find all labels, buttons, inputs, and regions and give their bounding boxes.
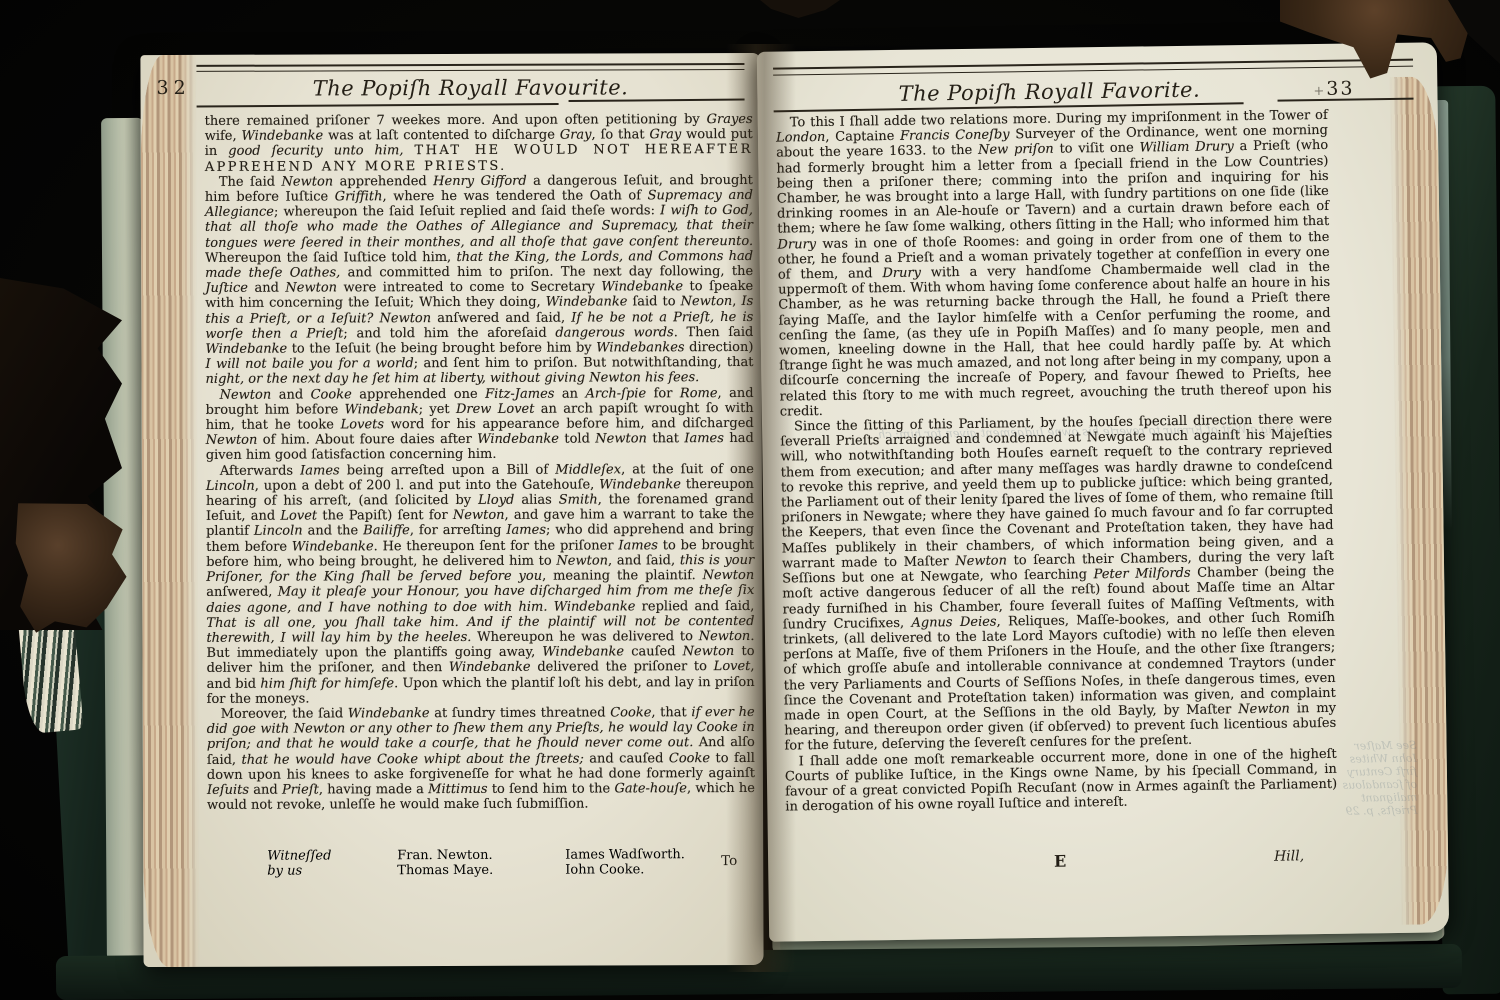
left-page-text: there remained priſoner 7 weekes more. A…	[205, 112, 755, 813]
running-head: The Popiſh Royall Favourite.	[196, 75, 744, 101]
fore-edge-left	[140, 55, 199, 967]
paragraph: To this I ſhall adde two relations more.…	[776, 108, 1332, 420]
paragraph: The ſaid Newton apprehended Henry Giffor…	[205, 173, 754, 388]
head-rule	[196, 63, 744, 67]
metal-clasp-top-center	[760, 0, 840, 18]
catchword: Hill,	[1274, 848, 1304, 864]
witness-signatures-2: Iames Wadſworth. Iohn Cooke.	[565, 847, 685, 877]
book-photograph: 32 The Popiſh Royall Favourite. there re…	[0, 0, 1500, 1000]
paragraph: I ſhall adde one moſt remarkeable occurr…	[785, 746, 1338, 815]
right-page-text: To this I ſhall adde two relations more.…	[776, 108, 1338, 815]
page-number: +33	[1313, 78, 1354, 101]
page-number: 32	[156, 77, 190, 99]
signature-mark: E	[784, 848, 1336, 875]
paragraph: Newton and Cooke apprehended one Fitz-Ja…	[206, 386, 754, 464]
ink-mark: +	[1313, 84, 1324, 99]
witness-label: Witneſſed by us	[267, 848, 397, 878]
head-rule	[197, 103, 559, 108]
paragraph: Moreover, the ſaid Windebanke at ſundry …	[207, 705, 755, 813]
head-rule	[196, 69, 744, 72]
witness-signatures-1: Fran. Newton. Thomas Maye.	[397, 848, 565, 879]
catchword: To	[721, 853, 737, 869]
paragraph: Afterwards Iames being arreſted upon a B…	[206, 462, 755, 707]
left-page: 32 The Popiſh Royall Favourite. there re…	[140, 53, 763, 967]
head-rule	[569, 99, 745, 103]
paragraph: Since the ſitting of this Parliament, by…	[780, 412, 1337, 754]
right-page: The Popiſh Royall Favorite. +33 To this …	[757, 42, 1449, 941]
witness-block: Witneſſed by us Fran. Newton. Thomas May…	[207, 847, 755, 879]
paragraph: there remained priſoner 7 weekes more. A…	[205, 112, 753, 175]
